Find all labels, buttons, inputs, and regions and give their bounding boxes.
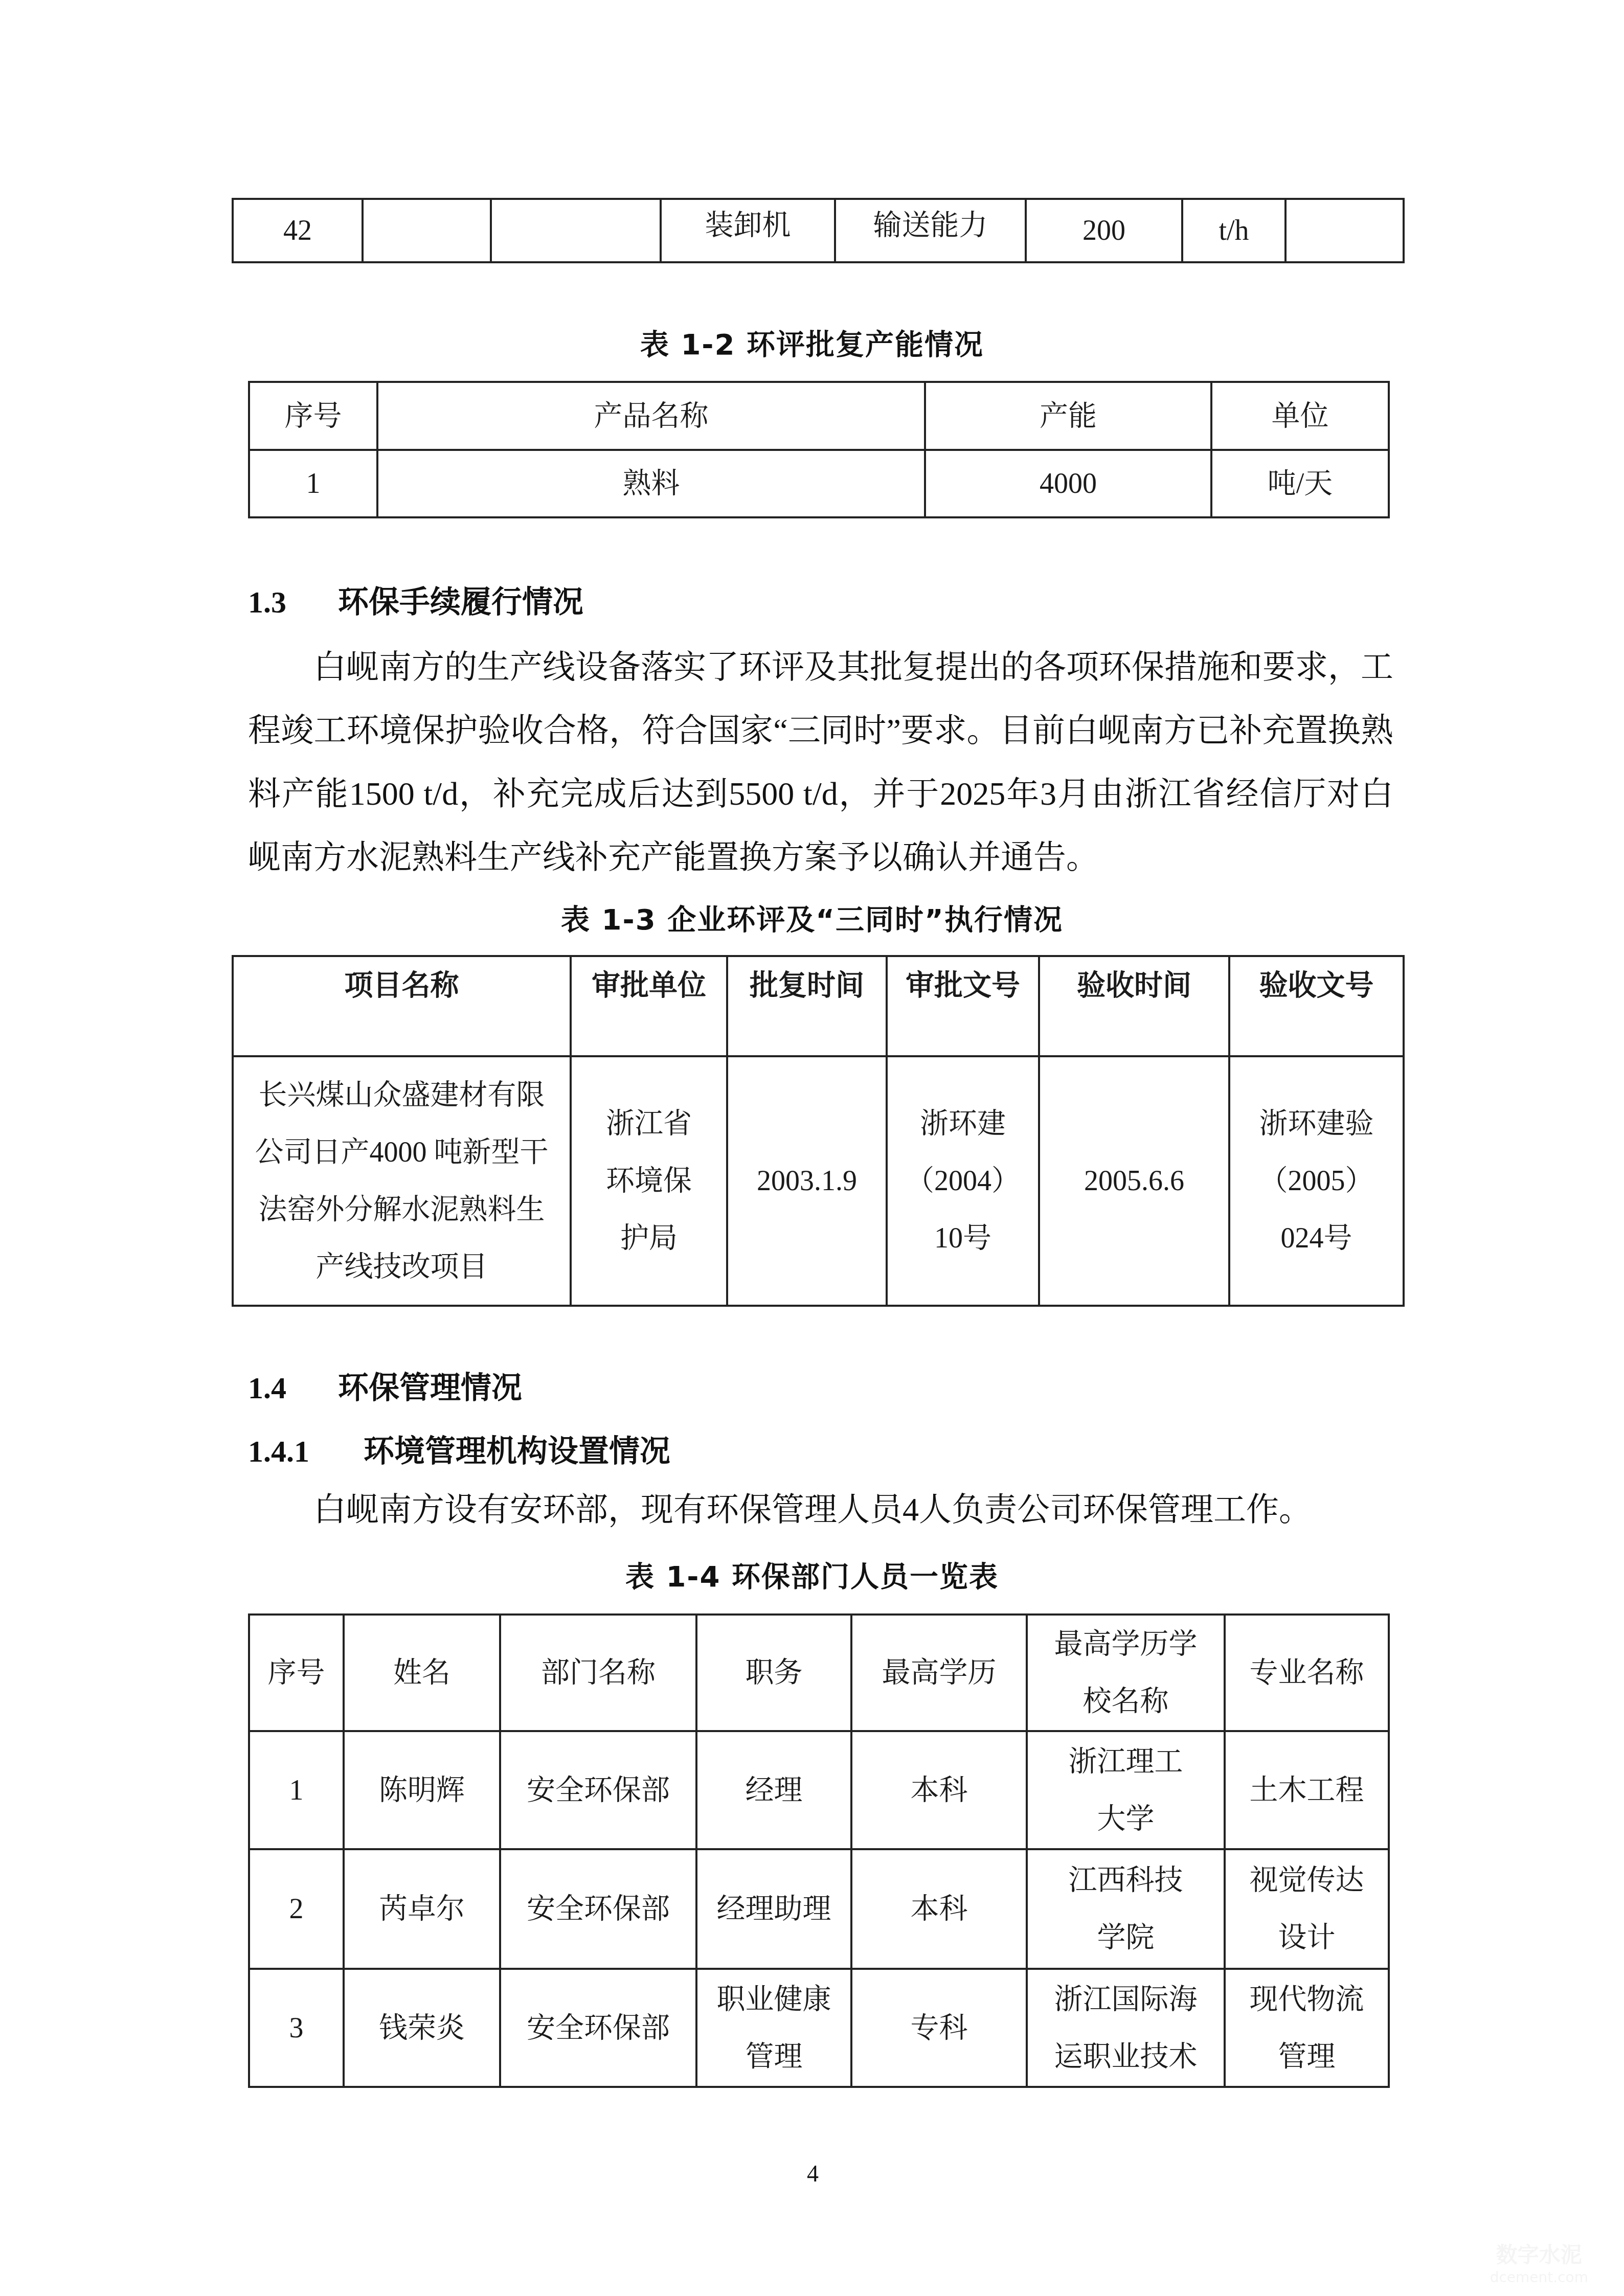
table-cell: 本科 (851, 1731, 1027, 1849)
table-header-cell: 验收文号 (1229, 956, 1404, 1056)
section-heading-1-4-1: 1.4.1环境管理机构设置情况 (248, 1427, 670, 1471)
table-header-cell: 序号 (249, 382, 377, 450)
table-cell: 视觉传达设计 (1225, 1849, 1389, 1969)
table-row: 1 熟料 4000 吨/天 (249, 450, 1389, 517)
table-header-cell: 批复时间 (727, 956, 887, 1056)
table-header-cell: 最高学历 (851, 1615, 1027, 1731)
table-cell: 3 (249, 1969, 344, 2087)
table-cell: 陈明辉 (344, 1731, 500, 1849)
table-header-cell: 项目名称 (233, 956, 571, 1056)
equipment-table-tail: 42 装卸机 输送能力 200 t/h (232, 198, 1405, 263)
table-cell: 装卸机 (661, 199, 835, 262)
approval-table: 项目名称 审批单位 批复时间 审批文号 验收时间 验收文号 长兴煤山众盛建材有限… (232, 955, 1405, 1307)
table-cell: 浙环建验（2005）024号 (1229, 1056, 1404, 1306)
table-cell (363, 199, 491, 262)
table-header-cell: 职务 (696, 1615, 851, 1731)
section-title: 环境管理机构设置情况 (364, 1434, 670, 1469)
paragraph: 白岘南方设有安环部，现有环保管理人员4人负责公司环保管理工作。 (248, 1478, 1393, 1541)
table-cell: 200 (1026, 199, 1182, 262)
table-cell: 输送能力 (835, 199, 1026, 262)
table-cell: 42 (233, 199, 363, 262)
table-cell: 熟料 (377, 450, 925, 517)
table-caption: 表 1-3 企业环评及“三同时”执行情况 (0, 897, 1624, 938)
table-cell: 经理 (696, 1731, 851, 1849)
table-cell: 本科 (851, 1849, 1027, 1969)
table-cell: 安全环保部 (500, 1731, 696, 1849)
table-header-cell: 审批单位 (571, 956, 727, 1056)
table-header-row: 项目名称 审批单位 批复时间 审批文号 验收时间 验收文号 (233, 956, 1404, 1056)
table-header-cell: 专业名称 (1225, 1615, 1389, 1731)
table-header-row: 序号 姓名 部门名称 职务 最高学历 最高学历学校名称 专业名称 (249, 1615, 1389, 1731)
watermark-line1: 数字水泥 (1490, 2238, 1588, 2269)
table-header-cell: 产品名称 (377, 382, 925, 450)
table-cell: 职业健康管理 (696, 1969, 851, 2087)
table-header-cell: 序号 (249, 1615, 344, 1731)
table-header-cell: 最高学历学校名称 (1027, 1615, 1225, 1731)
staff-table: 序号 姓名 部门名称 职务 最高学历 最高学历学校名称 专业名称 1 陈明辉 安… (248, 1613, 1390, 2088)
table-cell: 土木工程 (1225, 1731, 1389, 1849)
page-number: 4 (807, 2160, 819, 2187)
table-cell: 2 (249, 1849, 344, 1969)
table-cell: 安全环保部 (500, 1969, 696, 2087)
table-cell: 吨/天 (1211, 450, 1389, 517)
table-cell: 现代物流管理 (1225, 1969, 1389, 2087)
paragraph: 白岘南方的生产线设备落实了环评及其批复提出的各项环保措施和要求，工程竣工环境保护… (248, 635, 1393, 889)
section-number: 1.4.1 (248, 1434, 364, 1469)
table-row: 长兴煤山众盛建材有限公司日产4000 吨新型干法窑外分解水泥熟料生产线技改项目 … (233, 1056, 1404, 1306)
section-heading-1-4: 1.4环保管理情况 (248, 1363, 522, 1407)
section-number: 1.3 (248, 585, 338, 620)
table-cell: 浙江理工大学 (1027, 1731, 1225, 1849)
table-cell: 钱荣炎 (344, 1969, 500, 2087)
section-title: 环保手续履行情况 (338, 584, 583, 620)
table-row: 42 装卸机 输送能力 200 t/h (233, 199, 1404, 262)
table-cell (491, 199, 661, 262)
table-cell: 长兴煤山众盛建材有限公司日产4000 吨新型干法窑外分解水泥熟料生产线技改项目 (233, 1056, 571, 1306)
table-cell: 1 (249, 1731, 344, 1849)
table-row: 2 芮卓尔 安全环保部 经理助理 本科 江西科技学院 视觉传达设计 (249, 1849, 1389, 1969)
table-caption: 表 1-2 环评批复产能情况 (0, 322, 1624, 363)
table-caption: 表 1-4 环保部门人员一览表 (0, 1554, 1624, 1595)
section-heading-1-3: 1.3环保手续履行情况 (248, 578, 583, 622)
watermark-line2: dcement.com (1490, 2269, 1588, 2286)
table-cell: 芮卓尔 (344, 1849, 500, 1969)
table-header-cell: 验收时间 (1039, 956, 1229, 1056)
table-cell (1285, 199, 1404, 262)
watermark: 数字水泥 dcement.com (1490, 2238, 1588, 2286)
table-header-cell: 姓名 (344, 1615, 500, 1731)
table-row: 3 钱荣炎 安全环保部 职业健康管理 专科 浙江国际海运职业技术 现代物流管理 (249, 1969, 1389, 2087)
table-cell: 江西科技学院 (1027, 1849, 1225, 1969)
table-cell: 2003.1.9 (727, 1056, 887, 1306)
table-cell: 1 (249, 450, 377, 517)
table-cell: 安全环保部 (500, 1849, 696, 1969)
table-header-cell: 审批文号 (887, 956, 1039, 1056)
section-number: 1.4 (248, 1371, 338, 1406)
section-title: 环保管理情况 (338, 1370, 522, 1406)
table-header-row: 序号 产品名称 产能 单位 (249, 382, 1389, 450)
table-header-cell: 部门名称 (500, 1615, 696, 1731)
table-cell: 4000 (925, 450, 1211, 517)
table-cell: 经理助理 (696, 1849, 851, 1969)
table-header-cell: 产能 (925, 382, 1211, 450)
table-cell: 专科 (851, 1969, 1027, 2087)
table-header-cell: 单位 (1211, 382, 1389, 450)
table-cell: 浙环建（2004）10号 (887, 1056, 1039, 1306)
table-cell: 浙江省环境保护局 (571, 1056, 727, 1306)
table-cell: t/h (1182, 199, 1285, 262)
capacity-table: 序号 产品名称 产能 单位 1 熟料 4000 吨/天 (248, 381, 1390, 518)
table-cell: 2005.6.6 (1039, 1056, 1229, 1306)
table-cell: 浙江国际海运职业技术 (1027, 1969, 1225, 2087)
table-row: 1 陈明辉 安全环保部 经理 本科 浙江理工大学 土木工程 (249, 1731, 1389, 1849)
